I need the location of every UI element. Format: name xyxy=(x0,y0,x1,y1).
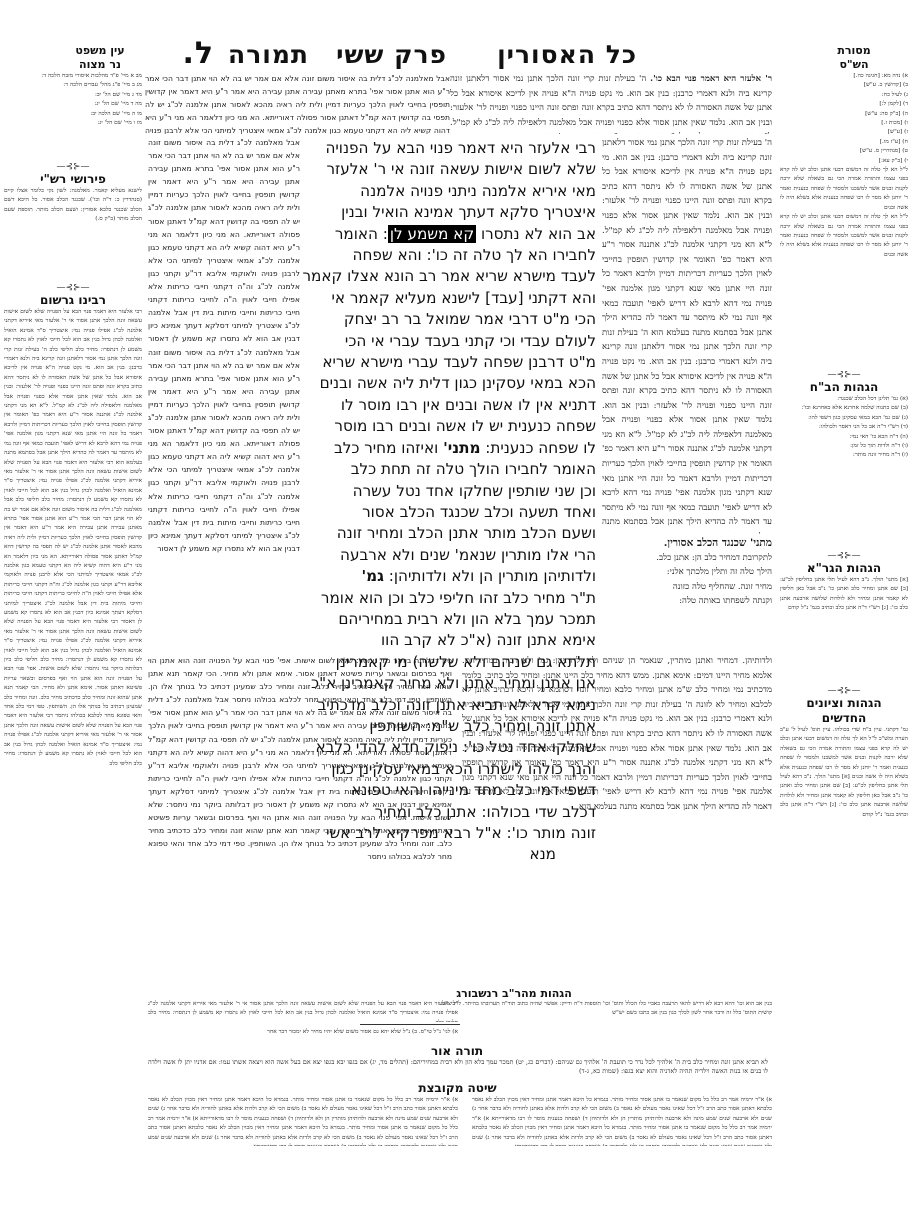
shita-mekubetzet-left: א) א"ר ירמיה אמר רב כלל כל מקום שנאמר בו… xyxy=(148,1096,458,1146)
habach-item: (א) גמ' תלינן דכל הכלב שכנגד: xyxy=(780,395,908,404)
gemara-line: ת"ר מחיר כלב זהו חליפי כלב וכן הוא אומר xyxy=(288,588,596,609)
footnote-divider xyxy=(360,1024,460,1025)
rashi-mishna-line: וקנתה לשפחתו באותה טלה: xyxy=(602,594,772,609)
tosafot-text-cont: אבל מאלמנה לכ"ג דלית בה איסור משום זונה … xyxy=(148,138,300,343)
gemara-line: והא דקתני [עבד] לישנא מעליא קאמר אי xyxy=(288,288,596,309)
gemara-line: איצטריך סלקא דעתך אמינא הואיל ובנין xyxy=(288,202,596,223)
ein-mishpat-item: מז ו מיי' שם הל' יג: xyxy=(4,119,142,128)
gemara-line: ושעם הכלב מותר אתנן הכלב ומחיר זונה xyxy=(288,523,596,544)
habach-item: (ה) ד"ה הכא כו' האי נמי: xyxy=(780,433,908,442)
highlighted-phrase[interactable]: קא משמע לן xyxy=(388,225,476,243)
gemara-line: מאי איריא אלמנה ניתני פנויה אלמנה xyxy=(288,181,596,202)
gemara-line: אב הוא לא נתסרו קא משמע לן: האומר xyxy=(288,224,596,245)
gershom-bottom-text: רבי אלעזר היא דאמר פנוי הבא על הפנויה של… xyxy=(148,1000,458,1022)
tosafot-lower-text-cont: אבל מאלמנה לכ"ג דלית בה איסור משום זונה … xyxy=(148,695,452,809)
masoret-item: י) [ב"ק עא:] xyxy=(780,157,908,166)
gemara-line-part: אב הוא לא נתסרו xyxy=(481,225,596,243)
gemara-line: הרי אלו מותרין שנאמ' שנים ולא ארבעה xyxy=(288,545,596,566)
torah-or-text: לא תביא אתנן זונה ומחיר כלב בית ה' אלהיך… xyxy=(148,1058,768,1080)
masoret-hashas-block: א) נדה מא: [חגיגה כה.] ב) [קדושין כ. ע"ש… xyxy=(780,72,908,362)
masoret-item: ד) [לקמן ל:] xyxy=(780,100,908,109)
haggahot-hagra-block: [א] מתנו' הולך. נ"ב דהא לעיל תלי אתנן בח… xyxy=(780,576,908,676)
gemara-line: הכא במאי עסקינן כגון דלית ליה אשה ובנים xyxy=(288,373,596,394)
right-margin-column: א) נדה מא: [חגיגה כה.] ב) [קדושין כ. ע"ש… xyxy=(780,72,908,972)
rashi-mishna-commentary: מתני' שכנגד הכלב אסורין. לתקרובת דמחיר כ… xyxy=(602,536,772,646)
peirushei-rashi-title: פירושי רש"י xyxy=(4,172,142,187)
ornament-divider-icon: —⊰⊱— xyxy=(780,686,908,696)
tosafot-lower-text-cont2: כיון דבלותה ביוקר נמי ניתסר: שלא לשום אי… xyxy=(148,800,452,861)
gershom-text-cont5: כיון דבלותה ביוקר נמי ניתסר: שלא לשום אי… xyxy=(4,657,142,719)
gemara-line: האומר לחבירו הולך טלה זה תחת כלב xyxy=(288,459,596,480)
haggahot-habach-block: (א) גמ' תלינן דכל הכלב שכנגד: (ב) שם כתנ… xyxy=(780,395,908,545)
ranshburg-text: בנין אב הוא וכו' דהא רבא לא דריש להאי תר… xyxy=(442,1000,772,1030)
rashi-lower-text-cont: ה' בעילת זנות קרי זונה הלכך אתנן נמי אסו… xyxy=(462,700,772,812)
gemara-line: רבי אלעזר היא דאמר פנוי הבא על הפנויה xyxy=(288,138,596,159)
ranshburg-title: הגהות מהר"ב רנשבורג xyxy=(414,986,614,1001)
habach-item: (ב) שם כתנוה שלמה אחרנא אלא כאחרנא וכו': xyxy=(780,404,908,413)
gemara-line: ולדותיהן מותרין הן ולא ולדותיהן: גמ' xyxy=(288,566,596,587)
gemara-line: ואחד תשעה וכלב שכנגד הכלב אסור xyxy=(288,502,596,523)
gemara-line-part: ואיזהו מחיר כלב xyxy=(334,439,438,457)
chapter-number: פרק ששי xyxy=(336,40,447,69)
habach-item: (ד) רש"י ד"ה אב כל הני דאסר ולכולהו: xyxy=(780,423,908,432)
gershom-text-cont6: רבי אלעזר היא דאמר פנוי הבא על הפנויה של… xyxy=(4,713,142,766)
rashi-text-cont: ה' בעילת זנות קרי זונה הלכך אתנן נמי אסו… xyxy=(602,138,772,338)
gemara-line: דתניא אין לו אשה ובנים אין רבו מוסר לו xyxy=(288,395,596,416)
ein-mishpat-block: מב א מיי' פ"ד מהלכות איסורי מזבח הלכה ד:… xyxy=(4,72,142,158)
shita-mekubetzet-right: א) א"ר ירמיה אמר רב כלל כל מקום שנאמר בו… xyxy=(472,1096,772,1146)
masoret-item: ט) [סנהדרין ס. ע"ש] xyxy=(780,147,908,156)
folio-number: ל. xyxy=(182,36,214,71)
tosafot-commentary: אבל מאלמנה לכ"ג דלית בה איסור משום זונה … xyxy=(145,72,450,134)
chapter-name: כל האסורין xyxy=(497,40,637,69)
rashi-lower-block: ולדותיהן. דמחיר ואתנן מותרין, שנאמר הן ש… xyxy=(462,654,772,988)
torah-or-title: תורה אור xyxy=(407,1044,507,1059)
haggahot-habach-title: הגהות הב"ח xyxy=(780,380,908,395)
ornament-divider-icon: —⊰⊱— xyxy=(4,283,142,293)
ein-mishpat-title: עין משפט נר מצוה xyxy=(60,44,140,72)
gemara-line: וכן שני שותפין שחלקו אחד נטל עשרה xyxy=(288,481,596,502)
habach-item: (ג) שם גמ' הכא במאי עסקינן כגון דשפי להו… xyxy=(780,414,908,423)
masoret-item: א) נדה מא: [חגיגה כה.] xyxy=(780,72,908,81)
ornament-divider-icon: —⊰⊱— xyxy=(4,162,142,172)
habach-item: (ו) ד"ה ולדות תוך כל זמן: xyxy=(780,442,908,451)
rabbeinu-gershom-block: רבי אלעזר היא דאמר פנוי הבא על הפנויה של… xyxy=(4,308,142,1028)
masoret-item: ה) [ב"ק סה: ע"ש] xyxy=(780,110,908,119)
masoret-title-line1: מסורת xyxy=(824,44,884,58)
masoret-title-line2: הש"ס xyxy=(824,58,884,72)
tractate-name: תמורה xyxy=(228,40,309,69)
shita-mekubetzet-title: שיטה מקובצת xyxy=(400,1081,515,1096)
tosafot-commentary-column: אבל מאלמנה לכ"ג דלית בה איסור משום זונה … xyxy=(148,136,300,651)
left-margin-column: מב א מיי' פ"ד מהלכות איסורי מזבח הלכה ד:… xyxy=(4,72,142,1052)
ein-mishpat-item: מג ב מיי' פ"ג מהל' עבדים הלכה ד: xyxy=(4,81,142,90)
gemara-marker: גמ' xyxy=(362,567,384,585)
rashi-text-cont2: ה' בעילת זנות קרי זונה הלכך אתנן נמי אסו… xyxy=(602,328,772,534)
ein-mishpat-title-line1: עין משפט xyxy=(60,44,140,58)
rashi-mishna-line: הילך טלה זה ותלין מלכתך אלני: xyxy=(602,565,772,580)
gemara-line: לחבירו הא לך טלה זה כו': והא שפחה xyxy=(288,245,596,266)
gemara-line: מ"ט דרבנן שפחה לעבד עברי מישרא שריא xyxy=(288,352,596,373)
gemara-line-part: לו שפחה כנענית: xyxy=(485,439,596,457)
gershom-bottom: רבי אלעזר היא דאמר פנוי הבא על הפנויה של… xyxy=(148,1001,458,1022)
shita-text: א) א"ר ירמיה אמר רב כלל כל מקום שנאמר בו… xyxy=(472,1097,772,1122)
masoret-text: ל"ל הא לך טלה זה דמשום דבעי אתנן וכלב יש… xyxy=(780,213,908,260)
gemara-line: הכי מ"ט דרבי אמר שמואל בר רב יצחק xyxy=(288,309,596,330)
masoret-item: ג) לעיל כח: xyxy=(780,91,908,100)
ornament-divider-icon: —⊰⊱— xyxy=(780,551,908,561)
rashi-mishna-line: לתקרובת דמחיר כלב הן: אתנן כלב. xyxy=(602,551,772,566)
masoret-item: ו) [מכות ז.] xyxy=(780,119,908,128)
tosafot-lower-block: כיון דבלותה ביוקר נמי ניתסר: שלא לשום אי… xyxy=(148,654,452,992)
hachadashim-text-cont2: [א] מתנו' הולך. נ"ב דהא לעיל תלי אתנן בח… xyxy=(780,774,908,818)
footnote-text: א) לגי' נ"ל טי"ס. ב) נ"ל שלא יהא גם אסור… xyxy=(148,1028,458,1037)
masoret-text: ל"ל הא לך טלה זה דמשום דבעי אתנן וכלב יש… xyxy=(780,166,908,213)
haggahot-hagra-title: הגהות הגר"א xyxy=(780,561,908,576)
gemara-line: לעולם עבדי וכי קתני בעבד עברי אי הכי xyxy=(288,331,596,352)
gemara-line: אימא אתנן זונה (א"כ לא קרב הוו xyxy=(288,630,596,651)
gemara-line: שפחה כנענית יש לו אשה ובנים רבו מוסר xyxy=(288,416,596,437)
gershom-text-cont: ה' בעילת זנות קרי זונה הלכך אתנן נמי אסו… xyxy=(4,347,142,466)
gemara-line: שלא לשום אישות עשאה זונה אי ר' אלעזר xyxy=(288,159,596,180)
ein-mishpat-title-line2: נר מצוה xyxy=(60,58,140,72)
ornament-divider-icon: —⊰⊱— xyxy=(780,370,908,380)
rabbeinu-gershom-title: רבינו גרשום xyxy=(4,293,142,308)
haggahot-hachadashim-block: גמ' דקתני. עיין ב"ח שדי בכולהו. עיין תוס… xyxy=(780,726,908,916)
rashi-dibbur-hamatchil: ר' אלעזר היא דאמר פנוי הבא כו'. xyxy=(650,74,772,84)
ein-mishpat-item: מד ג מיי' שם הל' יב: xyxy=(4,91,142,100)
habach-item: (ז) ד"ה מחיר זונה מותר: xyxy=(780,451,908,460)
haggahot-hachadashim-title: הגהות וציונים החדשים xyxy=(804,696,884,726)
mishna-marker: מתני' xyxy=(443,439,480,457)
gemara-line-part: : האומר xyxy=(335,225,388,243)
gershom-text-cont3: אבל מאלמנה לכ"ג דלית בה איסור משום זונה … xyxy=(4,497,142,625)
tosafot-text-cont2: אבל מאלמנה לכ"ג דלית בה איסור משום זונה … xyxy=(148,348,300,553)
rashi-commentary: ר' אלעזר היא דאמר פנוי הבא כו'. ה' בעילת… xyxy=(450,72,772,134)
gemara-line: תמכר עמך בלא הון ולא רבית במחיריהם xyxy=(288,609,596,630)
gershom-text-cont4: רבי אלעזר היא דאמר פנוי הבא על הפנויה של… xyxy=(4,619,142,663)
rashi-commentary-column: ה' בעילת זנות קרי זונה הלכך אתנן נמי אסו… xyxy=(602,136,772,534)
rashi-mishna-line: מחיר זונה. שהחליף טלה כזונה xyxy=(602,580,772,595)
masoret-hashas-title: מסורת הש"ס xyxy=(824,44,884,72)
masoret-item: ח) [ע"ז מו.] xyxy=(780,138,908,147)
gemara-line: לו שפחה כנענית: מתני' ואיזהו מחיר כלב xyxy=(288,438,596,459)
gershom-text-cont2: רבי אלעזר היא דאמר פנוי הבא על הפנויה של… xyxy=(4,460,142,504)
ein-mishpat-item: מו ה מיי' שם הלכה יב: xyxy=(4,110,142,119)
gemara-line: לעבד מישרא שריא אמר רב הונא אצלו קאמר xyxy=(288,266,596,287)
tosafot-text: אבל מאלמנה לכ"ג דלית בה איסור משום זונה … xyxy=(145,74,450,134)
masoret-item: ז) [ע"ש] xyxy=(780,128,908,137)
ein-mishpat-item: מה ד מיי' שם הל' יג: xyxy=(4,100,142,109)
masoret-item: ב) [קדושין כ. ע"ש] xyxy=(780,81,908,90)
ein-mishpat-item: מב א מיי' פ"ד מהלכות איסורי מזבח הלכה ד: xyxy=(4,72,142,81)
rashi-mishna-line: מתני' שכנגד הכלב אסורין. xyxy=(602,536,772,551)
peirushei-rashi-block: לישנא מעליא קאמר. מאלמנה: לשון נקי כלומר… xyxy=(4,187,142,279)
gemara-line-part: ולדותיהן מותרין הן ולא ולדותיהן: xyxy=(389,567,596,585)
